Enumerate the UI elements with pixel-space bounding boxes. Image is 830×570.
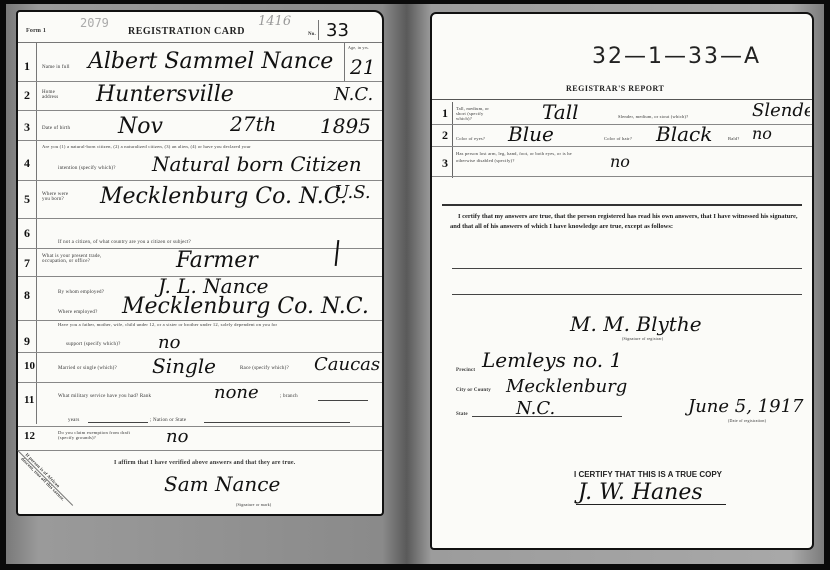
marital-value: Single — [152, 354, 216, 378]
field-exemption: 12 Do you claim exemption from draft (sp… — [18, 426, 382, 451]
registrar-signature: M. M. Blythe — [570, 312, 702, 336]
report-title: REGISTRAR'S REPORT — [566, 84, 664, 93]
field-foreign-citizenship: 6 If not a citizen, of what country are … — [18, 218, 382, 249]
birth-country-value: U.S. — [334, 182, 371, 203]
home-state-value: N.C. — [334, 84, 373, 105]
serial-number: 32—1—33—A — [592, 44, 761, 69]
bald-value: no — [752, 124, 772, 143]
hair-color-label: Color of hair? — [604, 136, 632, 141]
registration-date: June 5, 1917 — [688, 396, 803, 417]
build-label: Slender, medium, or stout (which)? — [618, 114, 688, 119]
registrant-signature: Sam Nance — [164, 472, 280, 496]
field-birth-date: 3 Date of birth Nov 27th 1895 — [18, 110, 382, 141]
field-dependents: 9 Have you a father, mother, wife, child… — [18, 320, 382, 353]
certification-text: I certify that my answers are true, that… — [450, 212, 800, 232]
field-marital-race: 10 Married or single (which)? Single Rac… — [18, 352, 382, 383]
employer-label: By whom employed? — [58, 290, 104, 295]
precinct-value: Lemleys no. 1 — [482, 348, 622, 372]
age-label: Age, in yrs. — [348, 45, 369, 50]
citizenship-label: intention (specify which)? — [58, 166, 116, 171]
marital-label: Married or single (which)? — [58, 366, 117, 371]
field-birthplace: 5 Where were you born? Mecklenburg Co. N… — [18, 180, 382, 219]
date-caption: (Date of registration) — [728, 418, 766, 423]
field-citizenship: 4 Are you (1) a natural-born citizen, (2… — [18, 140, 382, 181]
age-value: 21 — [350, 55, 375, 79]
eye-color-label: Color of eyes? — [456, 136, 485, 141]
employment-place-value: Mecklenburg Co. N.C. — [122, 294, 369, 319]
military-label: What military service have you had? Rank — [58, 394, 151, 399]
true-copy-certification: I CERTIFY THAT THIS IS A TRUE COPY — [574, 470, 722, 479]
dependents-question: Have you a father, mother, wife, child u… — [58, 322, 277, 327]
field-disability: 3 Has person lost arm, leg, hand, foot, … — [432, 146, 812, 177]
build-value: Slender — [752, 100, 810, 121]
home-address-label: Home address — [42, 90, 72, 100]
affirmation-text: I affirm that I have verified above answ… — [114, 460, 295, 466]
certifier-signature: J. W. Hanes — [578, 480, 703, 505]
corner-stamp-text: If person is of African descent, tear of… — [20, 452, 71, 503]
registrar-caption: (Signature of registrar) — [622, 336, 663, 341]
height-value: Tall — [542, 100, 579, 124]
birth-month: Nov — [118, 114, 163, 139]
field-military-service: 11 What military service have you had? R… — [18, 382, 382, 427]
county-value: Mecklenburg — [506, 376, 627, 397]
eye-color-value: Blue — [508, 122, 554, 146]
occupation-value: Farmer — [176, 248, 258, 273]
bald-label: Bald? — [728, 136, 740, 141]
birthplace-value: Mecklenburg Co. N.C. — [100, 184, 347, 209]
disability-label: Has person lost arm, leg, hand, foot, or… — [456, 150, 576, 164]
birth-day: 27th — [230, 112, 276, 136]
occupation-label: What is your present trade, occupation, … — [42, 254, 102, 264]
disability-value: no — [610, 152, 630, 171]
field-eyes-hair: 2 Color of eyes? Blue Color of hair? Bla… — [432, 124, 812, 147]
birthplace-label: Where were you born? — [42, 192, 76, 202]
field-occupation: 7 What is your present trade, occupation… — [18, 248, 382, 277]
race-value: Caucasian — [314, 354, 380, 375]
field-name: 1 Name in full Albert Sammel Nance Age, … — [18, 42, 382, 82]
field-home-address: 2 Home address Huntersville N.C. — [18, 80, 382, 111]
form-label: Form 1 — [26, 28, 46, 34]
name-label: Name in full — [42, 65, 70, 70]
birth-date-label: Date of birth — [42, 126, 70, 131]
no-label: No. — [308, 32, 316, 37]
military-value: none — [214, 382, 259, 403]
county-label: City or County — [456, 388, 491, 393]
name-value: Albert Sammel Nance — [88, 49, 333, 74]
field-height-build: 1 Tall, medium, or short (specify which)… — [432, 102, 812, 125]
precinct-label: Precinct — [456, 368, 475, 373]
card-title: REGISTRATION CARD — [128, 26, 245, 37]
exemption-value: no — [166, 426, 188, 447]
years-label: years — [68, 418, 80, 423]
branch-label: ; branch — [280, 394, 298, 399]
registrars-report-card: 32—1—33—A REGISTRAR'S REPORT 1 Tall, med… — [430, 12, 814, 550]
hair-color-value: Black — [656, 122, 712, 146]
height-label: Tall, medium, or short (specify which)? — [456, 106, 496, 121]
handwritten-ref: 1416 — [258, 14, 291, 29]
exemption-label: Do you claim exemption from draft (speci… — [58, 430, 144, 440]
employment-place-label: Where employed? — [58, 310, 98, 315]
card-number: 33 — [326, 20, 349, 41]
race-label: Race (specify which)? — [240, 366, 289, 371]
citizenship-value: Natural born Citizen — [152, 152, 362, 176]
dependents-value: no — [158, 332, 180, 353]
birth-year: 1895 — [320, 114, 371, 138]
state-label: State — [456, 412, 468, 417]
registration-card: Form 1 2079 REGISTRATION CARD 1416 No. 3… — [16, 10, 384, 516]
faint-number: 2079 — [80, 16, 109, 30]
nation-label: ; Nation or State — [150, 418, 186, 423]
signature-caption: (Signature or mark) — [236, 502, 271, 507]
home-address-value: Huntersville — [96, 82, 234, 107]
field-employer: 8 By whom employed? J. L. Nance Where em… — [18, 276, 382, 321]
citizenship-question: Are you (1) a natural-born citizen, (2) … — [42, 144, 251, 149]
state-value: N.C. — [516, 398, 555, 419]
dependents-label: support (specify which)? — [66, 342, 121, 347]
foreign-citizenship-label: If not a citizen, of what country are yo… — [58, 240, 191, 245]
